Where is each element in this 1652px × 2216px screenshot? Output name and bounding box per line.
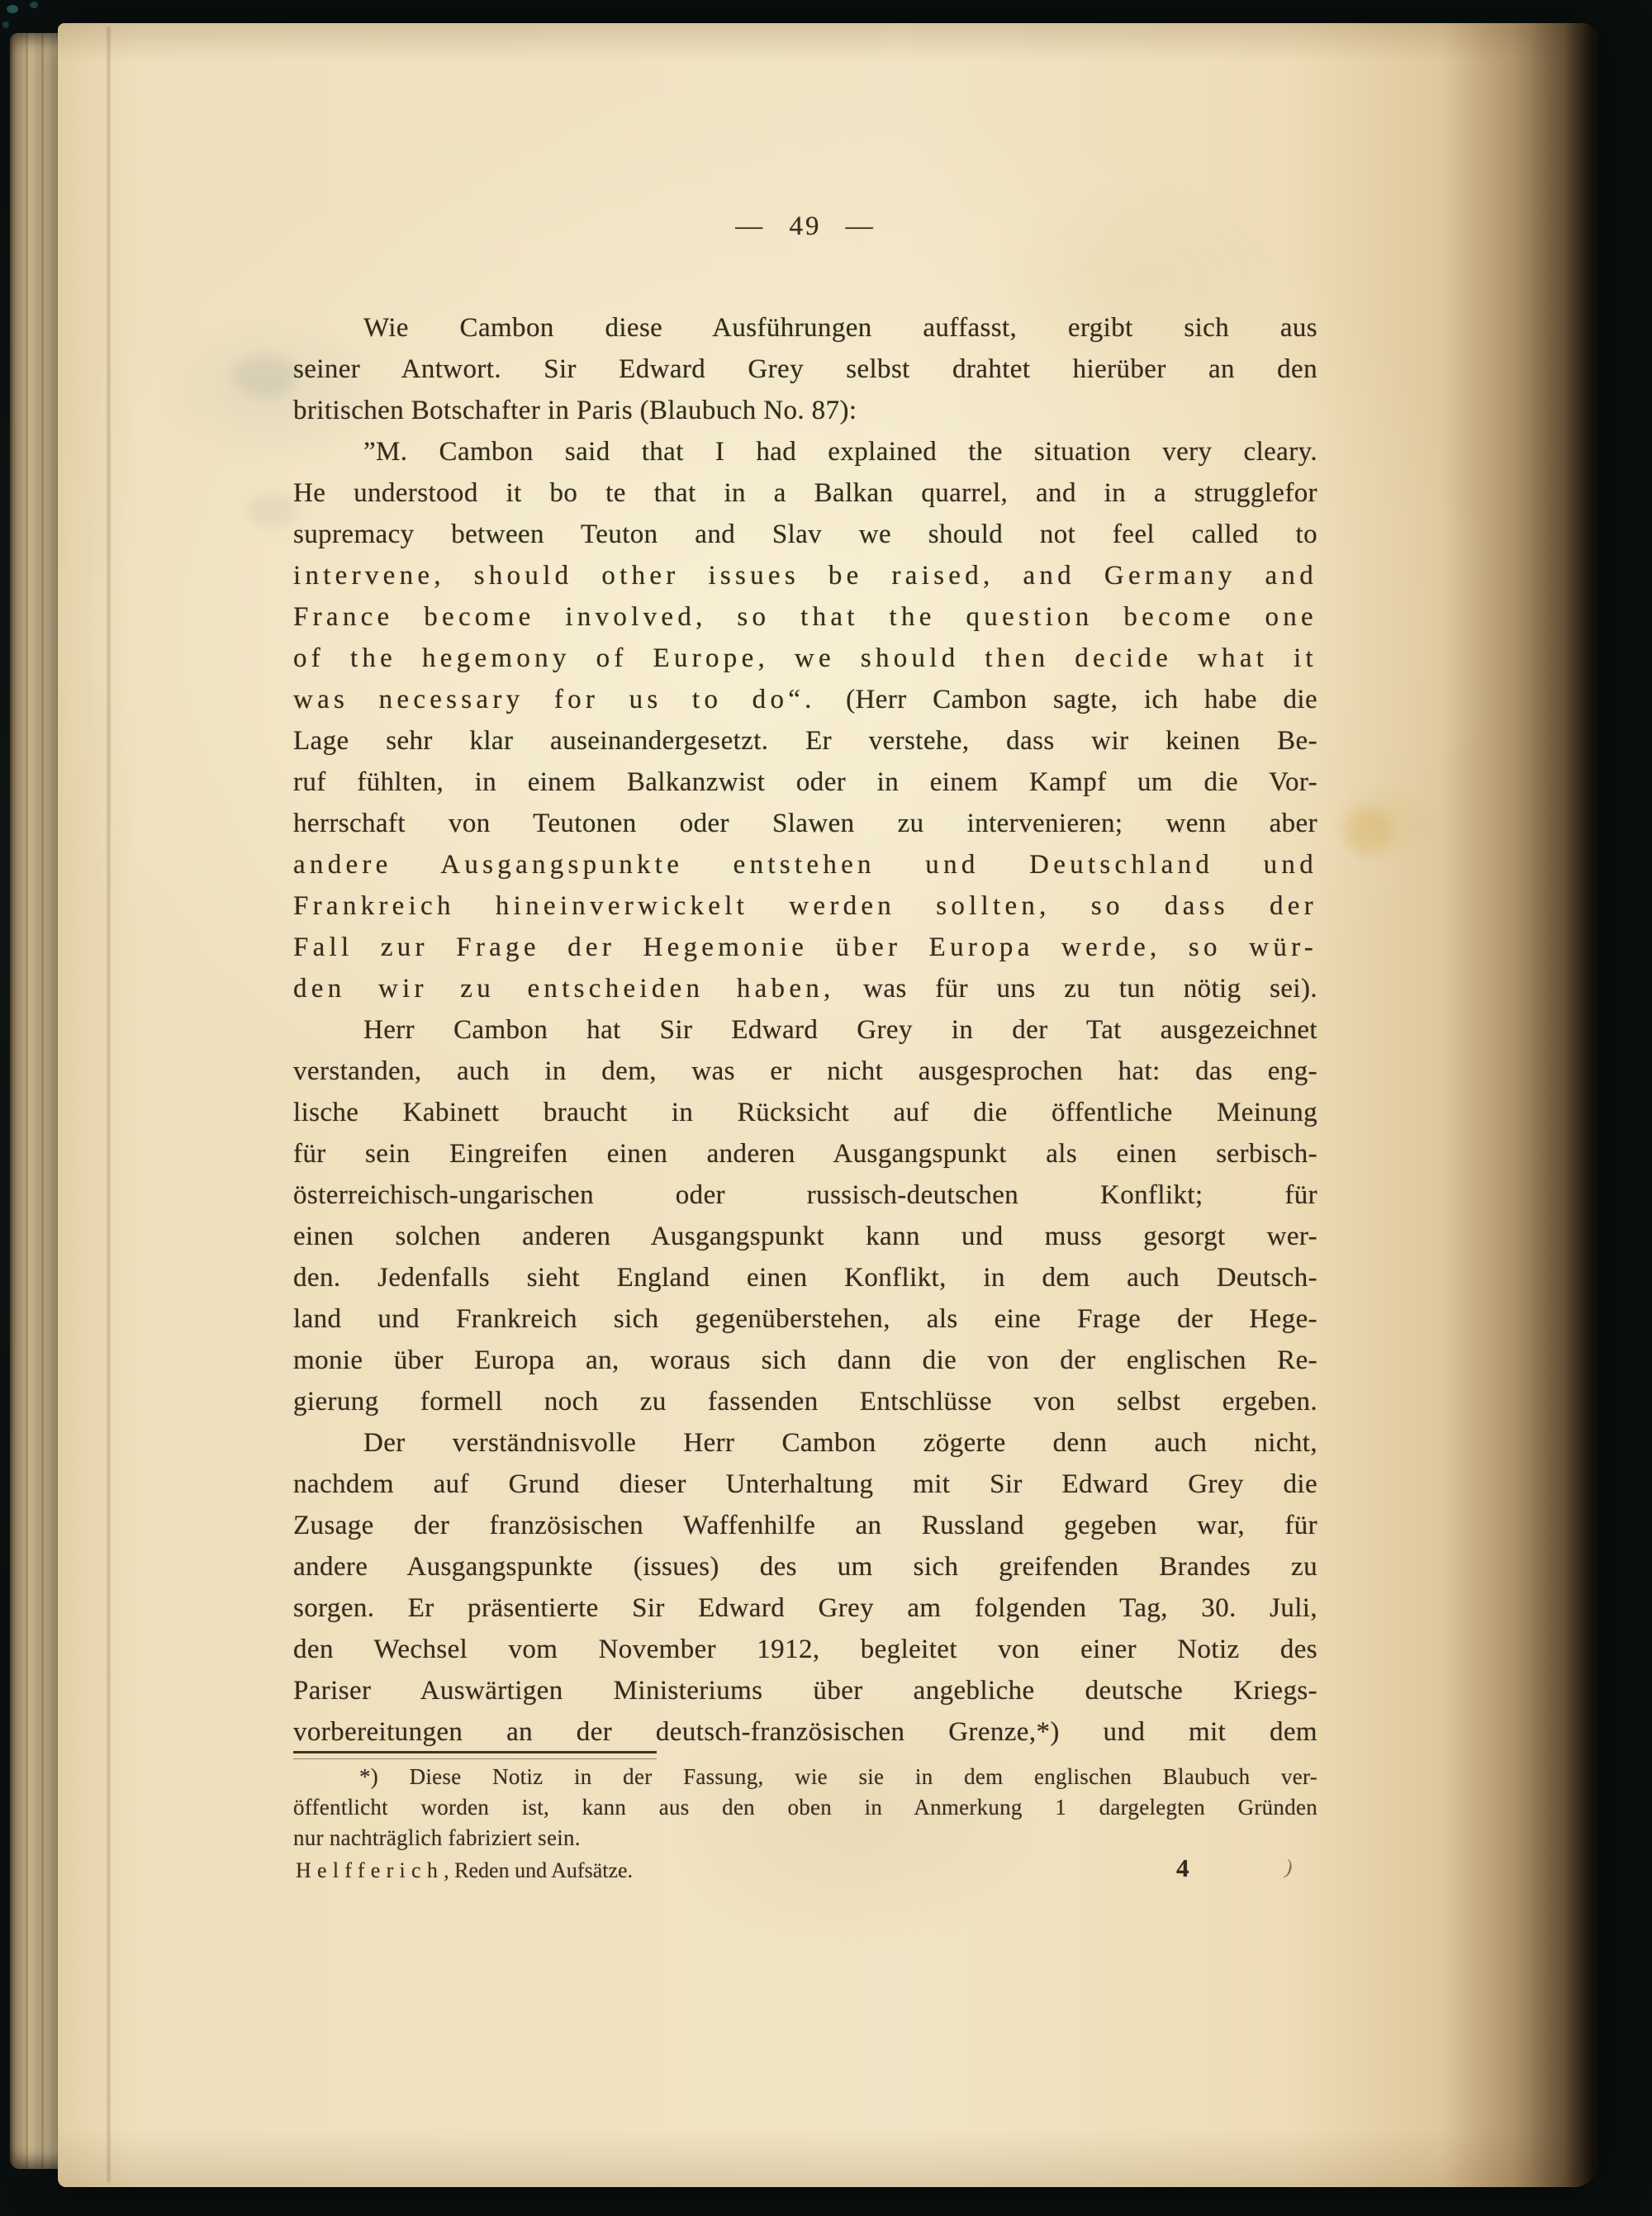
text-line: Zusage der französischen Waffenhilfe an … [293, 1505, 1317, 1546]
text-line: Fall zur Frage der Hegemonie über Europa… [293, 927, 1317, 968]
text-line: herrschaft von Teutonen oder Slawen zu i… [293, 803, 1317, 844]
text-line: Wie Cambon diese Ausführungen auffasst, … [293, 307, 1317, 349]
text-line: gierung formell noch zu fassenden Entsch… [293, 1381, 1317, 1422]
text-line: andere Ausgangspunkte entstehen und Deut… [293, 844, 1317, 885]
text-line: Lage sehr klar auseinandergesetzt. Er ve… [293, 720, 1317, 762]
text-line: monie über Europa an, woraus sich dann d… [293, 1340, 1317, 1381]
text-line: den wir zu entscheiden haben, was für un… [293, 968, 1317, 1009]
text-line: Pariser Auswärtigen Ministeriums über an… [293, 1670, 1317, 1711]
text-line: seiner Antwort. Sir Edward Grey selbst d… [293, 349, 1317, 390]
signature-author: Helfferich [296, 1858, 444, 1882]
text-line: lische Kabinett braucht in Rücksicht auf… [293, 1092, 1317, 1133]
footnote-text: *) Diese Notiz in der Fassung, wie sie i… [293, 1762, 1317, 1853]
text-segment: (Herr Cambon sagte, ich habe die [846, 685, 1317, 714]
text-line: Herr Cambon hat Sir Edward Grey in der T… [293, 1009, 1317, 1051]
signature-title: , Reden und Aufsätze. [444, 1858, 633, 1882]
text-segment: den wir zu entscheiden haben, [293, 974, 835, 1004]
text-line: nachdem auf Grund dieser Unterhaltung mi… [293, 1464, 1317, 1505]
text-line: Der verständnisvolle Herr Cambon zögerte… [293, 1422, 1317, 1464]
body-text: Wie Cambon diese Ausführungen auffasst, … [293, 307, 1317, 1753]
text-line: nur nachträglich fabriziert sein. [293, 1823, 1317, 1853]
text-segment: was für uns zu tun nötig sei). [835, 974, 1317, 1004]
running-signature: Helfferich, Reden und Aufsätze. [296, 1858, 633, 1883]
page-number: — 49 — [293, 209, 1317, 244]
text-line: was necessary for us to do“. (Herr Cambo… [293, 679, 1317, 720]
text-line: ”M. Cambon said that I had explained the… [293, 431, 1317, 472]
text-line: österreichisch-ungarischen oder russisch… [293, 1174, 1317, 1216]
text-line: France become involved, so that the ques… [293, 596, 1317, 638]
text-line: He understood it bo te that in a Balkan … [293, 472, 1317, 514]
scan-speck [2, 21, 9, 28]
text-line: ruf fühlten, in einem Balkanzwist oder i… [293, 762, 1317, 803]
scan-speck [7, 5, 18, 13]
text-line: Frankreich hineinverwickelt werden sollt… [293, 885, 1317, 927]
text-line: den. Jedenfalls sieht England einen Konf… [293, 1257, 1317, 1298]
text-line: sorgen. Er präsentierte Sir Edward Grey … [293, 1587, 1317, 1629]
text-line: andere Ausgangspunkte (issues) des um si… [293, 1546, 1317, 1587]
text-line: of the hegemony of Europe, we should the… [293, 638, 1317, 679]
text-line: intervene, should other issues be raised… [293, 555, 1317, 596]
text-line: vorbereitungen an der deutsch-französisc… [293, 1711, 1317, 1753]
text-line: den Wechsel vom November 1912, begleitet… [293, 1629, 1317, 1670]
text-segment: was necessary for us to do“. [293, 685, 846, 714]
text-line: land und Frankreich sich gegenüberstehen… [293, 1298, 1317, 1340]
scan-speck [30, 2, 38, 8]
sheet-number: 4 [1176, 1853, 1189, 1883]
text-line: für sein Eingreifen einen anderen Ausgan… [293, 1133, 1317, 1174]
text-line: supremacy between Teuton and Slav we sho… [293, 514, 1317, 555]
page-crease [107, 26, 110, 2182]
text-line: einen solchen anderen Ausgangspunkt kann… [293, 1216, 1317, 1257]
text-line: britischen Botschafter in Paris (Blaubuc… [293, 390, 1317, 431]
footnote-rule [293, 1751, 657, 1759]
text-line: verstanden, auch in dem, was er nicht au… [293, 1051, 1317, 1092]
text-line: öffentlicht worden ist, kann aus den obe… [293, 1792, 1317, 1823]
page-edge-shadow [1441, 23, 1598, 2187]
text-line: *) Diese Notiz in der Fassung, wie sie i… [293, 1762, 1317, 1792]
